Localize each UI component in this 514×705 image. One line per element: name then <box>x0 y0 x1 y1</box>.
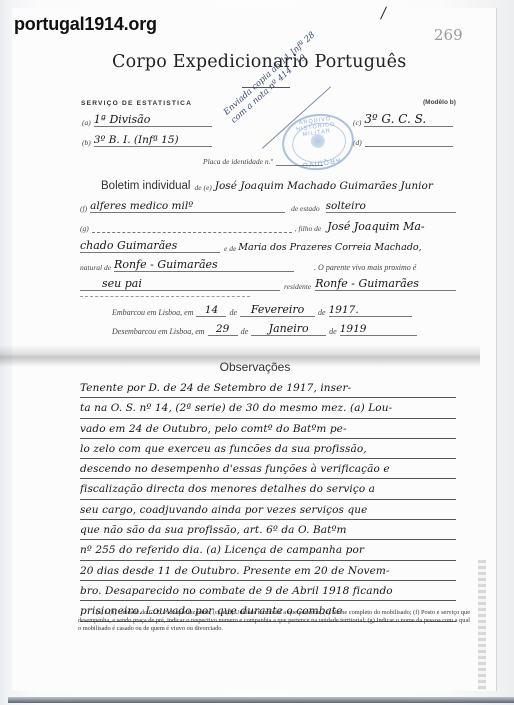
field-b-value: 3º B. I. (Infª 15) <box>94 134 179 146</box>
observations-body: Tenente por D. de 24 de Setembro de 1917… <box>80 378 456 622</box>
field-b-marker: (b) <box>82 138 91 147</box>
observation-line: nº 255 do referido dia. (a) Licença de c… <box>80 540 456 560</box>
boletim-label: Boletim individual <box>101 180 191 192</box>
observation-line: que não são da sua profissão, art. 6º da… <box>80 520 456 540</box>
disembarked-label: Desembarcou em Lisboa, em <box>112 327 205 336</box>
disembarked-de2: de <box>329 327 337 336</box>
mother-label: e de <box>224 244 236 253</box>
disembarked-de1: de <box>241 327 249 336</box>
embarked-de2: de <box>318 308 326 317</box>
embarked-label: Embarcou em Lisboa, em <box>112 308 193 317</box>
next-of-kin-value: seu pai <box>80 277 142 290</box>
field-f-marker: (f) <box>80 204 87 213</box>
parente-label: . O parente vivo mais proximo é <box>314 263 416 272</box>
embarked-day: 14 <box>205 304 218 316</box>
father-name-part1: José Joaquim Ma- <box>327 220 424 233</box>
disembarked-year: 1919 <box>340 323 367 335</box>
field-a-marker: (a) <box>82 118 91 127</box>
site-watermark: portugal1914.org <box>14 14 157 35</box>
form-footnote: (a) e (b) Unidade do C. E. P. de que faz… <box>78 609 470 634</box>
observation-line: vado em 24 de Outubro, pelo comtº do Bat… <box>80 419 456 439</box>
section-divider <box>80 296 250 298</box>
embarked-de1: de <box>229 308 237 317</box>
disembarked-row: Desembarcou em Lisboa, em 29 de Janeiro … <box>112 321 417 336</box>
observation-line: bro. Desaparecido no combate de 9 de Abr… <box>80 581 456 601</box>
field-c: (c) 3º G. C. S. <box>353 112 453 127</box>
birthplace-value: Ronfe - Guimarães <box>114 258 218 271</box>
field-a: (a) 1ª Divisão <box>82 112 212 127</box>
field-c-value: 3º G. C. S. <box>364 112 426 126</box>
observation-line: seu cargo, coadjuvando ainda por vezes s… <box>80 500 456 520</box>
boletim-rank-row: (f) alferes medico milº de estado soltei… <box>80 198 456 213</box>
boletim-de-label: de (e) <box>195 183 212 192</box>
rank-value: alferes medico milº <box>90 200 193 212</box>
boletim-name-row: Boletim individual de (e) José Joaquim M… <box>101 178 456 192</box>
residence-value: Ronfe - Guimarães <box>315 277 419 290</box>
embarked-year: 1917. <box>329 304 359 316</box>
soldier-name: José Joaquim Machado Guimarães Junior <box>215 180 433 192</box>
model-label: (Modêlo b) <box>423 99 456 106</box>
boletim-residence-row: seu pai residente Ronfe - Guimarães <box>80 276 456 291</box>
observation-line: fiscalização directa dos menores detalhe… <box>80 479 456 499</box>
estado-label: de estado <box>291 204 320 213</box>
observation-line: Tenente por D. de 24 de Setembro de 1917… <box>80 378 456 398</box>
boletim-natural-row: natural de Ronfe - Guimarães . O parente… <box>80 257 456 272</box>
observations-title: Observações <box>190 360 320 374</box>
field-b: (b) 3º B. I. (Infª 15) <box>82 132 212 147</box>
marital-status-value: solteiro <box>326 200 366 212</box>
identity-plate-field: Placa de identidade n.º <box>203 155 323 166</box>
filho-label: , filho de <box>295 224 321 233</box>
observation-line: ta na O. S. nº 14, (2ª serie) de 30 do m… <box>80 398 456 418</box>
observation-line: 20 dias desde 11 de Outubro. Presente em… <box>80 561 456 581</box>
disembarked-day: 29 <box>216 323 229 335</box>
field-d: (d) <box>353 132 453 147</box>
mother-name: Maria dos Prazeres Correia Machado, <box>238 242 421 253</box>
residente-label: residente <box>284 282 311 291</box>
disembarked-month: Janeiro <box>269 322 309 335</box>
natural-label: natural de <box>80 263 111 272</box>
embarked-row: Embarcou em Lisboa, em 14 de Fevereiro d… <box>112 302 412 317</box>
identity-plate-label: Placa de identidade n.º <box>203 157 273 166</box>
field-d-marker: (d) <box>353 138 362 147</box>
observation-line: lo zelo com que exerceu as funcões da su… <box>80 439 456 459</box>
page-number: 269 <box>434 26 463 44</box>
observation-line: descendo no desempenho d'essas funções à… <box>80 459 456 479</box>
boletim-mother-row: chado Guimarães e de Maria dos Prazeres … <box>80 238 456 253</box>
embarked-month: Fevereiro <box>251 303 304 316</box>
document-title: Corpo Expedicionario Português <box>112 52 406 72</box>
scan-bottom-edge <box>8 697 514 703</box>
torn-edge <box>478 560 486 690</box>
father-name-part2: chado Guimarães <box>80 239 177 252</box>
boletim-parent-row: (g) , filho de José Joaquim Ma- <box>80 218 456 233</box>
service-heading: SERVIÇO DE ESTATISTICA <box>81 100 192 107</box>
field-a-value: 1ª Divisão <box>94 113 151 126</box>
field-g-marker: (g) <box>80 224 89 233</box>
field-c-marker: (c) <box>353 118 361 127</box>
